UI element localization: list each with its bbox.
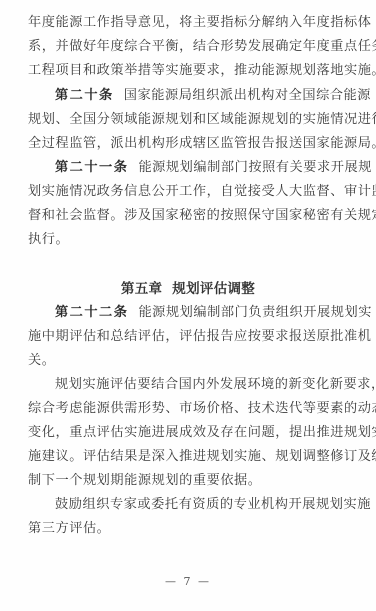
- text-line: 督和社会监督。涉及国家秘密的按照保守国家秘密有关规定: [28, 204, 350, 228]
- text-line: 制下一个规划期能源规划的重要依据。: [28, 469, 350, 493]
- text-line: 鼓励组织专家或委托有资质的专业机构开展规划实施: [55, 493, 350, 517]
- text-line: 规划、全国分领域能源规划和区域能源规划的实施情况进行: [28, 108, 350, 132]
- text-line: 施中期评估和总结评估，评估报告应按要求报送原批准机: [28, 325, 350, 349]
- text-line: 系，并做好年度综合平衡，结合形势发展确定年度重点任务、: [28, 35, 350, 59]
- text-line: 关。: [28, 349, 350, 373]
- text-line: 工程项目和政策举措等实施要求，推动能源规划落地实施。: [28, 59, 350, 83]
- text-line: 施建议。评估结果是深入推进规划实施、规划调整修订及编: [28, 445, 350, 469]
- text-line: 全过程监管，派出机构形成辖区监管报告报送国家能源局。: [28, 132, 350, 156]
- article-label: 第二十一条: [55, 160, 128, 175]
- text-line: 划实施情况政务信息公开工作，自觉接受人大监督、审计监: [28, 180, 350, 204]
- page-number: — 7 —: [0, 572, 376, 592]
- chapter-title: 规划评估调整: [172, 281, 255, 297]
- article-text: 能源规划编制部门负责组织开展规划实: [138, 305, 372, 320]
- chapter-number: 第五章: [121, 281, 162, 297]
- text-line: 规划实施评估要结合国内外发展环境的新变化新要求，: [55, 373, 350, 397]
- article-21-first-line: 第二十一条能源规划编制部门按照有关要求开展规: [55, 156, 350, 180]
- article-text: 能源规划编制部门按照有关要求开展规: [138, 160, 372, 175]
- article-label: 第二十二条: [55, 305, 128, 320]
- text-line: 第三方评估。: [28, 517, 350, 541]
- article-text: 国家能源局组织派出机构对全国综合能源: [124, 88, 371, 103]
- text-line: 执行。: [28, 228, 350, 252]
- document-page: 年度能源工作指导意见，将主要指标分解纳入年度指标体 系，并做好年度综合平衡，结合…: [0, 0, 376, 611]
- chapter-heading: 第五章规划评估调整: [0, 277, 376, 301]
- text-line: 年度能源工作指导意见，将主要指标分解纳入年度指标体: [28, 11, 350, 35]
- article-label: 第二十条: [55, 88, 114, 103]
- article-20-first-line: 第二十条国家能源局组织派出机构对全国综合能源: [55, 84, 350, 108]
- text-line: 综合考虑能源供需形势、市场价格、技术迭代等要素的动态: [28, 397, 350, 421]
- text-line: 变化，重点评估实施进展成效及存在问题，提出推进规划实: [28, 421, 350, 445]
- article-22-first-line: 第二十二条能源规划编制部门负责组织开展规划实: [55, 301, 350, 325]
